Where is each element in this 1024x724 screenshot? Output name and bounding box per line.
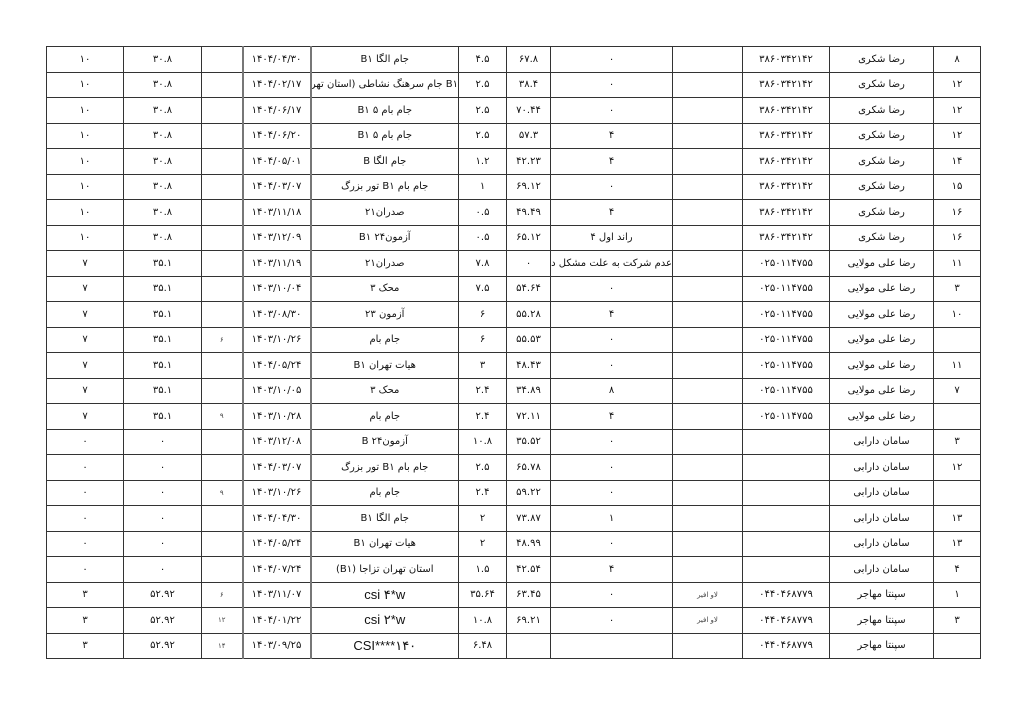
status-cell: ۰ [551, 72, 673, 98]
date-cell: ۱۴۰۳/۱۱/۱۹ [243, 251, 311, 277]
rider-name-cell: رضا علی مولایی [830, 251, 934, 277]
remark-cell [673, 200, 743, 226]
score-b-cell: ۳۵.۱ [124, 327, 202, 353]
event-cell: استان تهران تزاجا (B۱) [311, 557, 459, 583]
note-number-cell [202, 429, 243, 455]
phone-cell: ۳۸۶۰۳۴۲۱۴۲ [743, 47, 830, 73]
value-c-cell: ۲.۴ [459, 378, 507, 404]
status-cell: ۴ [551, 557, 673, 583]
note-number-cell [202, 557, 243, 583]
date-cell: ۱۴۰۴/۰۷/۲۴ [243, 557, 311, 583]
rank-cell [934, 327, 981, 353]
value-d-cell: ۴۹.۴۹ [507, 200, 551, 226]
score-b-cell: ۵۲.۹۲ [124, 633, 202, 659]
phone-cell: ۰۲۵۰۱۱۴۷۵۵ [743, 404, 830, 430]
note-number-cell [202, 72, 243, 98]
date-cell: ۱۴۰۴/۰۶/۲۰ [243, 123, 311, 149]
rank-cell: ۷ [934, 378, 981, 404]
score-a-cell: ۱۰ [47, 200, 124, 226]
value-c-cell: ۱.۵ [459, 557, 507, 583]
value-d-cell: ۵۹.۲۲ [507, 480, 551, 506]
remark-cell [673, 480, 743, 506]
table-row: ۰۰۹۱۴۰۳/۱۰/۲۶جام بام۲.۴۵۹.۲۲۰سامان داراب… [47, 480, 981, 506]
table-row: ۷۳۵.۱۱۴۰۴/۰۵/۲۴هیات تهران B۱۳۴۸.۴۳۰۰۲۵۰۱… [47, 353, 981, 379]
phone-cell: ۰۴۴۰۴۶۸۷۷۹ [743, 582, 830, 608]
score-a-cell: ۱۰ [47, 72, 124, 98]
note-number-cell [202, 251, 243, 277]
event-cell: هیات تهران B۱ [311, 353, 459, 379]
status-cell: ۰ [551, 531, 673, 557]
rank-cell: ۱۰ [934, 302, 981, 328]
rider-name-cell: رضا علی مولایی [830, 302, 934, 328]
status-cell: ۰ [551, 455, 673, 481]
table-row: ۷۳۵.۱۱۴۰۳/۱۱/۱۹صدران۲۱۷.۸۰عدم شرکت به عل… [47, 251, 981, 277]
score-b-cell: ۵۲.۹۲ [124, 608, 202, 634]
table-row: ۷۳۵.۱۹۱۴۰۳/۱۰/۲۸جام بام۲.۴۷۲.۱۱۴۰۲۵۰۱۱۴۷… [47, 404, 981, 430]
rider-name-cell: رضا شکری [830, 174, 934, 200]
table-row: ۱۰۳۰.۸۱۴۰۳/۱۱/۱۸صدران۲۱۰.۵۴۹.۴۹۴۳۸۶۰۳۴۲۱… [47, 200, 981, 226]
date-cell: ۱۴۰۴/۰۳/۰۷ [243, 174, 311, 200]
note-number-cell: ۱۴ [202, 633, 243, 659]
rank-cell: ۱۳ [934, 506, 981, 532]
date-cell: ۱۴۰۳/۱۱/۱۸ [243, 200, 311, 226]
note-number-cell: ۶ [202, 582, 243, 608]
phone-cell: ۳۸۶۰۳۴۲۱۴۲ [743, 123, 830, 149]
score-b-cell: ۳۵.۱ [124, 302, 202, 328]
score-b-cell: ۵۲.۹۲ [124, 582, 202, 608]
rank-cell: ۱۱ [934, 251, 981, 277]
score-b-cell: ۳۵.۱ [124, 276, 202, 302]
phone-cell: ۳۸۶۰۳۴۲۱۴۲ [743, 225, 830, 251]
score-b-cell: ۳۰.۸ [124, 149, 202, 175]
rank-cell: ۱۴ [934, 149, 981, 175]
rank-cell: ۱ [934, 582, 981, 608]
note-number-cell [202, 98, 243, 124]
value-d-cell: ۳۸.۴ [507, 72, 551, 98]
value-d-cell: ۵۴.۶۴ [507, 276, 551, 302]
value-d-cell: ۴۸.۴۳ [507, 353, 551, 379]
remark-cell [673, 302, 743, 328]
note-number-cell [202, 225, 243, 251]
date-cell: ۱۴۰۳/۱۰/۰۴ [243, 276, 311, 302]
note-number-cell [202, 174, 243, 200]
value-d-cell: ۷۰.۴۴ [507, 98, 551, 124]
date-cell: ۱۴۰۴/۰۳/۰۷ [243, 455, 311, 481]
rider-name-cell: سامان دارابی [830, 506, 934, 532]
remark-cell [673, 276, 743, 302]
phone-cell: ۰۲۵۰۱۱۴۷۵۵ [743, 276, 830, 302]
note-number-cell: ۶ [202, 327, 243, 353]
date-cell: ۱۴۰۳/۰۸/۳۰ [243, 302, 311, 328]
value-d-cell: ۷۳.۸۷ [507, 506, 551, 532]
phone-cell: ۰۴۴۰۴۶۸۷۷۹ [743, 608, 830, 634]
status-cell: ۰ [551, 608, 673, 634]
event-cell: صدران۲۱ [311, 200, 459, 226]
phone-cell [743, 455, 830, 481]
table-row: ۱۰۳۰.۸۱۴۰۴/۰۶/۲۰جام بام ۵ B۱۲.۵۵۷.۳۴۳۸۶۰… [47, 123, 981, 149]
status-cell: ۸ [551, 378, 673, 404]
value-c-cell: ۲.۵ [459, 455, 507, 481]
score-a-cell: ۱۰ [47, 225, 124, 251]
rank-cell: ۱۲ [934, 123, 981, 149]
event-cell: B۱ جام سرهنگ نشاطی (استان تهران) [311, 72, 459, 98]
score-b-cell: ۰ [124, 557, 202, 583]
rank-cell: ۱۱ [934, 353, 981, 379]
rank-cell: ۱۳ [934, 531, 981, 557]
event-cell: جام بام [311, 480, 459, 506]
value-c-cell: ۲.۴ [459, 480, 507, 506]
score-b-cell: ۳۵.۱ [124, 251, 202, 277]
phone-cell [743, 480, 830, 506]
event-cell: جام بام B۱ تور بزرگ [311, 174, 459, 200]
phone-cell: ۰۲۵۰۱۱۴۷۵۵ [743, 353, 830, 379]
score-a-cell: ۷ [47, 327, 124, 353]
status-cell: ۱ [551, 506, 673, 532]
status-cell: ۰ [551, 174, 673, 200]
event-cell: آزمون۲۴ B [311, 429, 459, 455]
note-number-cell [202, 506, 243, 532]
value-d-cell: ۵۵.۲۸ [507, 302, 551, 328]
status-cell: ۴ [551, 149, 673, 175]
status-cell: ۰ [551, 353, 673, 379]
score-a-cell: ۷ [47, 276, 124, 302]
score-a-cell: ۱۰ [47, 47, 124, 73]
rider-name-cell: رضا شکری [830, 98, 934, 124]
rank-cell: ۳ [934, 608, 981, 634]
date-cell: ۱۴۰۳/۱۰/۲۶ [243, 480, 311, 506]
score-a-cell: ۳ [47, 633, 124, 659]
rider-name-cell: سپنتا مهاجر [830, 608, 934, 634]
remark-cell [673, 429, 743, 455]
value-d-cell: ۳۵.۵۲ [507, 429, 551, 455]
score-b-cell: ۰ [124, 429, 202, 455]
rank-cell: ۳ [934, 276, 981, 302]
status-cell: ۰ [551, 327, 673, 353]
remark-cell [673, 531, 743, 557]
remark-cell [673, 98, 743, 124]
remark-cell [673, 378, 743, 404]
date-cell: ۱۴۰۳/۱۱/۰۷ [243, 582, 311, 608]
event-cell: آزمون ۲۳ [311, 302, 459, 328]
date-cell: ۱۴۰۴/۰۵/۲۴ [243, 353, 311, 379]
value-d-cell: ۷۲.۱۱ [507, 404, 551, 430]
score-a-cell: ۰ [47, 531, 124, 557]
table-row: ۱۰۳۰.۸۱۴۰۴/۰۳/۰۷جام بام B۱ تور بزرگ۱۶۹.۱… [47, 174, 981, 200]
table-row: ۱۰۳۰.۸۱۴۰۳/۱۲/۰۹آزمون۲۴ B۱۰.۵۶۵.۱۲راند ا… [47, 225, 981, 251]
score-b-cell: ۳۰.۸ [124, 98, 202, 124]
score-a-cell: ۷ [47, 378, 124, 404]
table-row: ۰۰۱۴۰۴/۰۷/۲۴استان تهران تزاجا (B۱)۱.۵۴۲.… [47, 557, 981, 583]
rank-cell: ۱۲ [934, 98, 981, 124]
rank-cell [934, 404, 981, 430]
rank-cell: ۱۶ [934, 200, 981, 226]
value-d-cell: ۵۵.۵۳ [507, 327, 551, 353]
table-row: ۷۳۵.۱۶۱۴۰۳/۱۰/۲۶جام بام۶۵۵.۵۳۰۰۲۵۰۱۱۴۷۵۵… [47, 327, 981, 353]
score-b-cell: ۳۵.۱ [124, 404, 202, 430]
table-row: ۳۵۲.۹۲۶۱۴۰۳/۱۱/۰۷csi ۴*w۳۵.۶۴۶۳.۴۵۰لاو ا… [47, 582, 981, 608]
results-table: ۱۰۳۰.۸۱۴۰۴/۰۴/۳۰جام الگا B۱۴.۵۶۷.۸۰۳۸۶۰۳… [46, 46, 981, 659]
value-c-cell: ۰.۵ [459, 200, 507, 226]
phone-cell [743, 557, 830, 583]
rank-cell: ۳ [934, 429, 981, 455]
table-row: ۱۰۳۰.۸۱۴۰۴/۰۶/۱۷جام بام ۵ B۱۲.۵۷۰.۴۴۰۳۸۶… [47, 98, 981, 124]
value-c-cell: ۴.۵ [459, 47, 507, 73]
value-c-cell: ۲.۵ [459, 98, 507, 124]
value-d-cell: ۶۷.۸ [507, 47, 551, 73]
value-d-cell: ۶۹.۲۱ [507, 608, 551, 634]
rider-name-cell: رضا شکری [830, 72, 934, 98]
status-cell: راند اول ۴ [551, 225, 673, 251]
date-cell: ۱۴۰۴/۰۵/۰۱ [243, 149, 311, 175]
status-cell: ۰ [551, 480, 673, 506]
value-d-cell: ۶۳.۴۵ [507, 582, 551, 608]
remark-cell [673, 353, 743, 379]
rider-name-cell: رضا شکری [830, 149, 934, 175]
event-cell: هیات تهران B۱ [311, 531, 459, 557]
score-a-cell: ۱۰ [47, 123, 124, 149]
value-d-cell: ۴۲.۲۳ [507, 149, 551, 175]
event-cell: جام بام ۵ B۱ [311, 123, 459, 149]
event-cell: جام بام ۵ B۱ [311, 98, 459, 124]
score-a-cell: ۷ [47, 302, 124, 328]
value-d-cell: ۴۲.۵۴ [507, 557, 551, 583]
score-a-cell: ۰ [47, 429, 124, 455]
score-b-cell: ۰ [124, 480, 202, 506]
date-cell: ۱۴۰۴/۰۶/۱۷ [243, 98, 311, 124]
note-number-cell [202, 47, 243, 73]
event-cell: محک ۳ [311, 378, 459, 404]
value-c-cell: ۶ [459, 302, 507, 328]
table-row: ۳۵۲.۹۲۱۴۱۴۰۳/۰۹/۲۵CSI****۱۴۰۶.۴۸۰۴۴۰۴۶۸۷… [47, 633, 981, 659]
value-c-cell: ۲ [459, 506, 507, 532]
value-d-cell: ۶۵.۷۸ [507, 455, 551, 481]
status-cell: ۴ [551, 200, 673, 226]
phone-cell: ۰۲۵۰۱۱۴۷۵۵ [743, 378, 830, 404]
remark-cell [673, 123, 743, 149]
status-cell: ۰ [551, 276, 673, 302]
status-cell: ۴ [551, 302, 673, 328]
value-d-cell: ۰ [507, 251, 551, 277]
value-c-cell: ۷.۸ [459, 251, 507, 277]
score-b-cell: ۰ [124, 455, 202, 481]
score-a-cell: ۳ [47, 582, 124, 608]
rank-cell: ۱۵ [934, 174, 981, 200]
value-c-cell: ۳۵.۶۴ [459, 582, 507, 608]
rank-cell [934, 480, 981, 506]
rider-name-cell: سامان دارابی [830, 455, 934, 481]
remark-cell: لاو افیر [673, 582, 743, 608]
table-row: ۷۳۵.۱۱۴۰۳/۱۰/۰۵محک ۳۲.۴۳۴.۸۹۸۰۲۵۰۱۱۴۷۵۵ر… [47, 378, 981, 404]
score-a-cell: ۰ [47, 455, 124, 481]
table-row: ۰۰۱۴۰۴/۰۳/۰۷جام بام B۱ تور بزرگ۲.۵۶۵.۷۸۰… [47, 455, 981, 481]
value-c-cell: ۱.۲ [459, 149, 507, 175]
event-cell: جام الگا B۱ [311, 47, 459, 73]
event-cell: آزمون۲۴ B۱ [311, 225, 459, 251]
event-cell: جام بام [311, 327, 459, 353]
score-a-cell: ۱۰ [47, 98, 124, 124]
value-c-cell: ۰.۵ [459, 225, 507, 251]
phone-cell: ۳۸۶۰۳۴۲۱۴۲ [743, 72, 830, 98]
remark-cell [673, 327, 743, 353]
score-a-cell: ۷ [47, 404, 124, 430]
phone-cell [743, 506, 830, 532]
event-cell: جام الگا B۱ [311, 506, 459, 532]
note-number-cell: ۹ [202, 404, 243, 430]
note-number-cell: ۹ [202, 480, 243, 506]
remark-cell [673, 72, 743, 98]
note-number-cell [202, 353, 243, 379]
note-number-cell [202, 123, 243, 149]
score-a-cell: ۱۰ [47, 149, 124, 175]
status-cell: ۰ [551, 582, 673, 608]
value-c-cell: ۶.۴۸ [459, 633, 507, 659]
rider-name-cell: سامان دارابی [830, 531, 934, 557]
rank-cell [934, 633, 981, 659]
date-cell: ۱۴۰۴/۰۲/۱۷ [243, 72, 311, 98]
rider-name-cell: سپنتا مهاجر [830, 633, 934, 659]
value-c-cell: ۲ [459, 531, 507, 557]
remark-cell: لاو افیر [673, 608, 743, 634]
value-c-cell: ۷.۵ [459, 276, 507, 302]
value-c-cell: ۱۰.۸ [459, 429, 507, 455]
rank-cell: ۴ [934, 557, 981, 583]
date-cell: ۱۴۰۳/۱۰/۲۶ [243, 327, 311, 353]
score-a-cell: ۳ [47, 608, 124, 634]
phone-cell: ۰۲۵۰۱۱۴۷۵۵ [743, 302, 830, 328]
score-b-cell: ۳۵.۱ [124, 378, 202, 404]
value-c-cell: ۲.۵ [459, 72, 507, 98]
remark-cell [673, 251, 743, 277]
score-b-cell: ۳۰.۸ [124, 72, 202, 98]
date-cell: ۱۴۰۳/۱۲/۰۹ [243, 225, 311, 251]
table-row: ۰۰۱۴۰۴/۰۴/۳۰جام الگا B۱۲۷۳.۸۷۱سامان دارا… [47, 506, 981, 532]
table-row: ۱۰۳۰.۸۱۴۰۴/۰۵/۰۱جام الگا B۱.۲۴۲.۲۳۴۳۸۶۰۳… [47, 149, 981, 175]
date-cell: ۱۴۰۴/۰۱/۲۲ [243, 608, 311, 634]
note-number-cell [202, 378, 243, 404]
score-a-cell: ۱۰ [47, 174, 124, 200]
event-cell: صدران۲۱ [311, 251, 459, 277]
phone-cell [743, 429, 830, 455]
rank-cell: ۸ [934, 47, 981, 73]
remark-cell [673, 225, 743, 251]
value-c-cell: ۳ [459, 353, 507, 379]
date-cell: ۱۴۰۳/۱۲/۰۸ [243, 429, 311, 455]
rider-name-cell: رضا علی مولایی [830, 327, 934, 353]
rider-name-cell: رضا شکری [830, 200, 934, 226]
rider-name-cell: رضا علی مولایی [830, 378, 934, 404]
event-cell: جام الگا B [311, 149, 459, 175]
score-b-cell: ۳۰.۸ [124, 123, 202, 149]
score-b-cell: ۳۵.۱ [124, 353, 202, 379]
event-cell: محک ۳ [311, 276, 459, 302]
rider-name-cell: رضا علی مولایی [830, 353, 934, 379]
value-c-cell: ۱۰.۸ [459, 608, 507, 634]
remark-cell [673, 455, 743, 481]
value-d-cell: ۳۴.۸۹ [507, 378, 551, 404]
remark-cell [673, 47, 743, 73]
rider-name-cell: سپنتا مهاجر [830, 582, 934, 608]
note-number-cell [202, 302, 243, 328]
phone-cell: ۳۸۶۰۳۴۲۱۴۲ [743, 174, 830, 200]
event-cell: csi ۴*w [311, 582, 459, 608]
note-number-cell [202, 200, 243, 226]
event-cell: جام بام B۱ تور بزرگ [311, 455, 459, 481]
phone-cell: ۰۲۵۰۱۱۴۷۵۵ [743, 327, 830, 353]
rider-name-cell: رضا علی مولایی [830, 276, 934, 302]
rider-name-cell: رضا شکری [830, 123, 934, 149]
value-d-cell [507, 633, 551, 659]
date-cell: ۱۴۰۳/۰۹/۲۵ [243, 633, 311, 659]
remark-cell [673, 633, 743, 659]
table-row: ۳۵۲.۹۲۱۲۱۴۰۴/۰۱/۲۲csi ۲*w۱۰.۸۶۹.۲۱۰لاو ا… [47, 608, 981, 634]
value-c-cell: ۶ [459, 327, 507, 353]
date-cell: ۱۴۰۳/۱۰/۲۸ [243, 404, 311, 430]
rank-cell: ۱۶ [934, 225, 981, 251]
table-body: ۱۰۳۰.۸۱۴۰۴/۰۴/۳۰جام الگا B۱۴.۵۶۷.۸۰۳۸۶۰۳… [47, 47, 981, 659]
event-cell: CSI****۱۴۰ [311, 633, 459, 659]
score-b-cell: ۳۰.۸ [124, 225, 202, 251]
rider-name-cell: سامان دارابی [830, 429, 934, 455]
score-a-cell: ۰ [47, 480, 124, 506]
score-b-cell: ۳۰.۸ [124, 200, 202, 226]
status-cell: ۴ [551, 404, 673, 430]
score-a-cell: ۰ [47, 557, 124, 583]
status-cell [551, 633, 673, 659]
status-cell: ۰ [551, 98, 673, 124]
remark-cell [673, 149, 743, 175]
score-b-cell: ۳۰.۸ [124, 174, 202, 200]
phone-cell: ۳۸۶۰۳۴۲۱۴۲ [743, 200, 830, 226]
table-row: ۱۰۳۰.۸۱۴۰۴/۰۴/۳۰جام الگا B۱۴.۵۶۷.۸۰۳۸۶۰۳… [47, 47, 981, 73]
phone-cell: ۰۲۵۰۱۱۴۷۵۵ [743, 251, 830, 277]
remark-cell [673, 506, 743, 532]
value-d-cell: ۶۵.۱۲ [507, 225, 551, 251]
status-cell: عدم شرکت به علت مشکل دامپزشکی [551, 251, 673, 277]
table-row: ۷۳۵.۱۱۴۰۳/۱۰/۰۴محک ۳۷.۵۵۴.۶۴۰۰۲۵۰۱۱۴۷۵۵ر… [47, 276, 981, 302]
table-row: ۰۰۱۴۰۳/۱۲/۰۸آزمون۲۴ B۱۰.۸۳۵.۵۲۰سامان دار… [47, 429, 981, 455]
score-b-cell: ۰ [124, 506, 202, 532]
value-c-cell: ۱ [459, 174, 507, 200]
phone-cell: ۰۴۴۰۴۶۸۷۷۹ [743, 633, 830, 659]
rider-name-cell: رضا علی مولایی [830, 404, 934, 430]
score-b-cell: ۳۰.۸ [124, 47, 202, 73]
event-cell: csi ۲*w [311, 608, 459, 634]
value-c-cell: ۲.۵ [459, 123, 507, 149]
date-cell: ۱۴۰۳/۱۰/۰۵ [243, 378, 311, 404]
remark-cell [673, 404, 743, 430]
table-row: ۰۰۱۴۰۴/۰۵/۲۴هیات تهران B۱۲۴۸.۹۹۰سامان دا… [47, 531, 981, 557]
rank-cell: ۱۲ [934, 455, 981, 481]
score-b-cell: ۰ [124, 531, 202, 557]
remark-cell [673, 174, 743, 200]
status-cell: ۴ [551, 123, 673, 149]
table-row: ۱۰۳۰.۸۱۴۰۴/۰۲/۱۷B۱ جام سرهنگ نشاطی (استا… [47, 72, 981, 98]
note-number-cell [202, 455, 243, 481]
rank-cell: ۱۲ [934, 72, 981, 98]
remark-cell [673, 557, 743, 583]
score-a-cell: ۰ [47, 506, 124, 532]
table-row: ۷۳۵.۱۱۴۰۳/۰۸/۳۰آزمون ۲۳۶۵۵.۲۸۴۰۲۵۰۱۱۴۷۵۵… [47, 302, 981, 328]
status-cell: ۰ [551, 429, 673, 455]
rider-name-cell: سامان دارابی [830, 557, 934, 583]
rider-name-cell: سامان دارابی [830, 480, 934, 506]
value-c-cell: ۲.۴ [459, 404, 507, 430]
phone-cell: ۳۸۶۰۳۴۲۱۴۲ [743, 149, 830, 175]
note-number-cell [202, 149, 243, 175]
date-cell: ۱۴۰۴/۰۴/۳۰ [243, 47, 311, 73]
note-number-cell: ۱۲ [202, 608, 243, 634]
score-a-cell: ۷ [47, 353, 124, 379]
